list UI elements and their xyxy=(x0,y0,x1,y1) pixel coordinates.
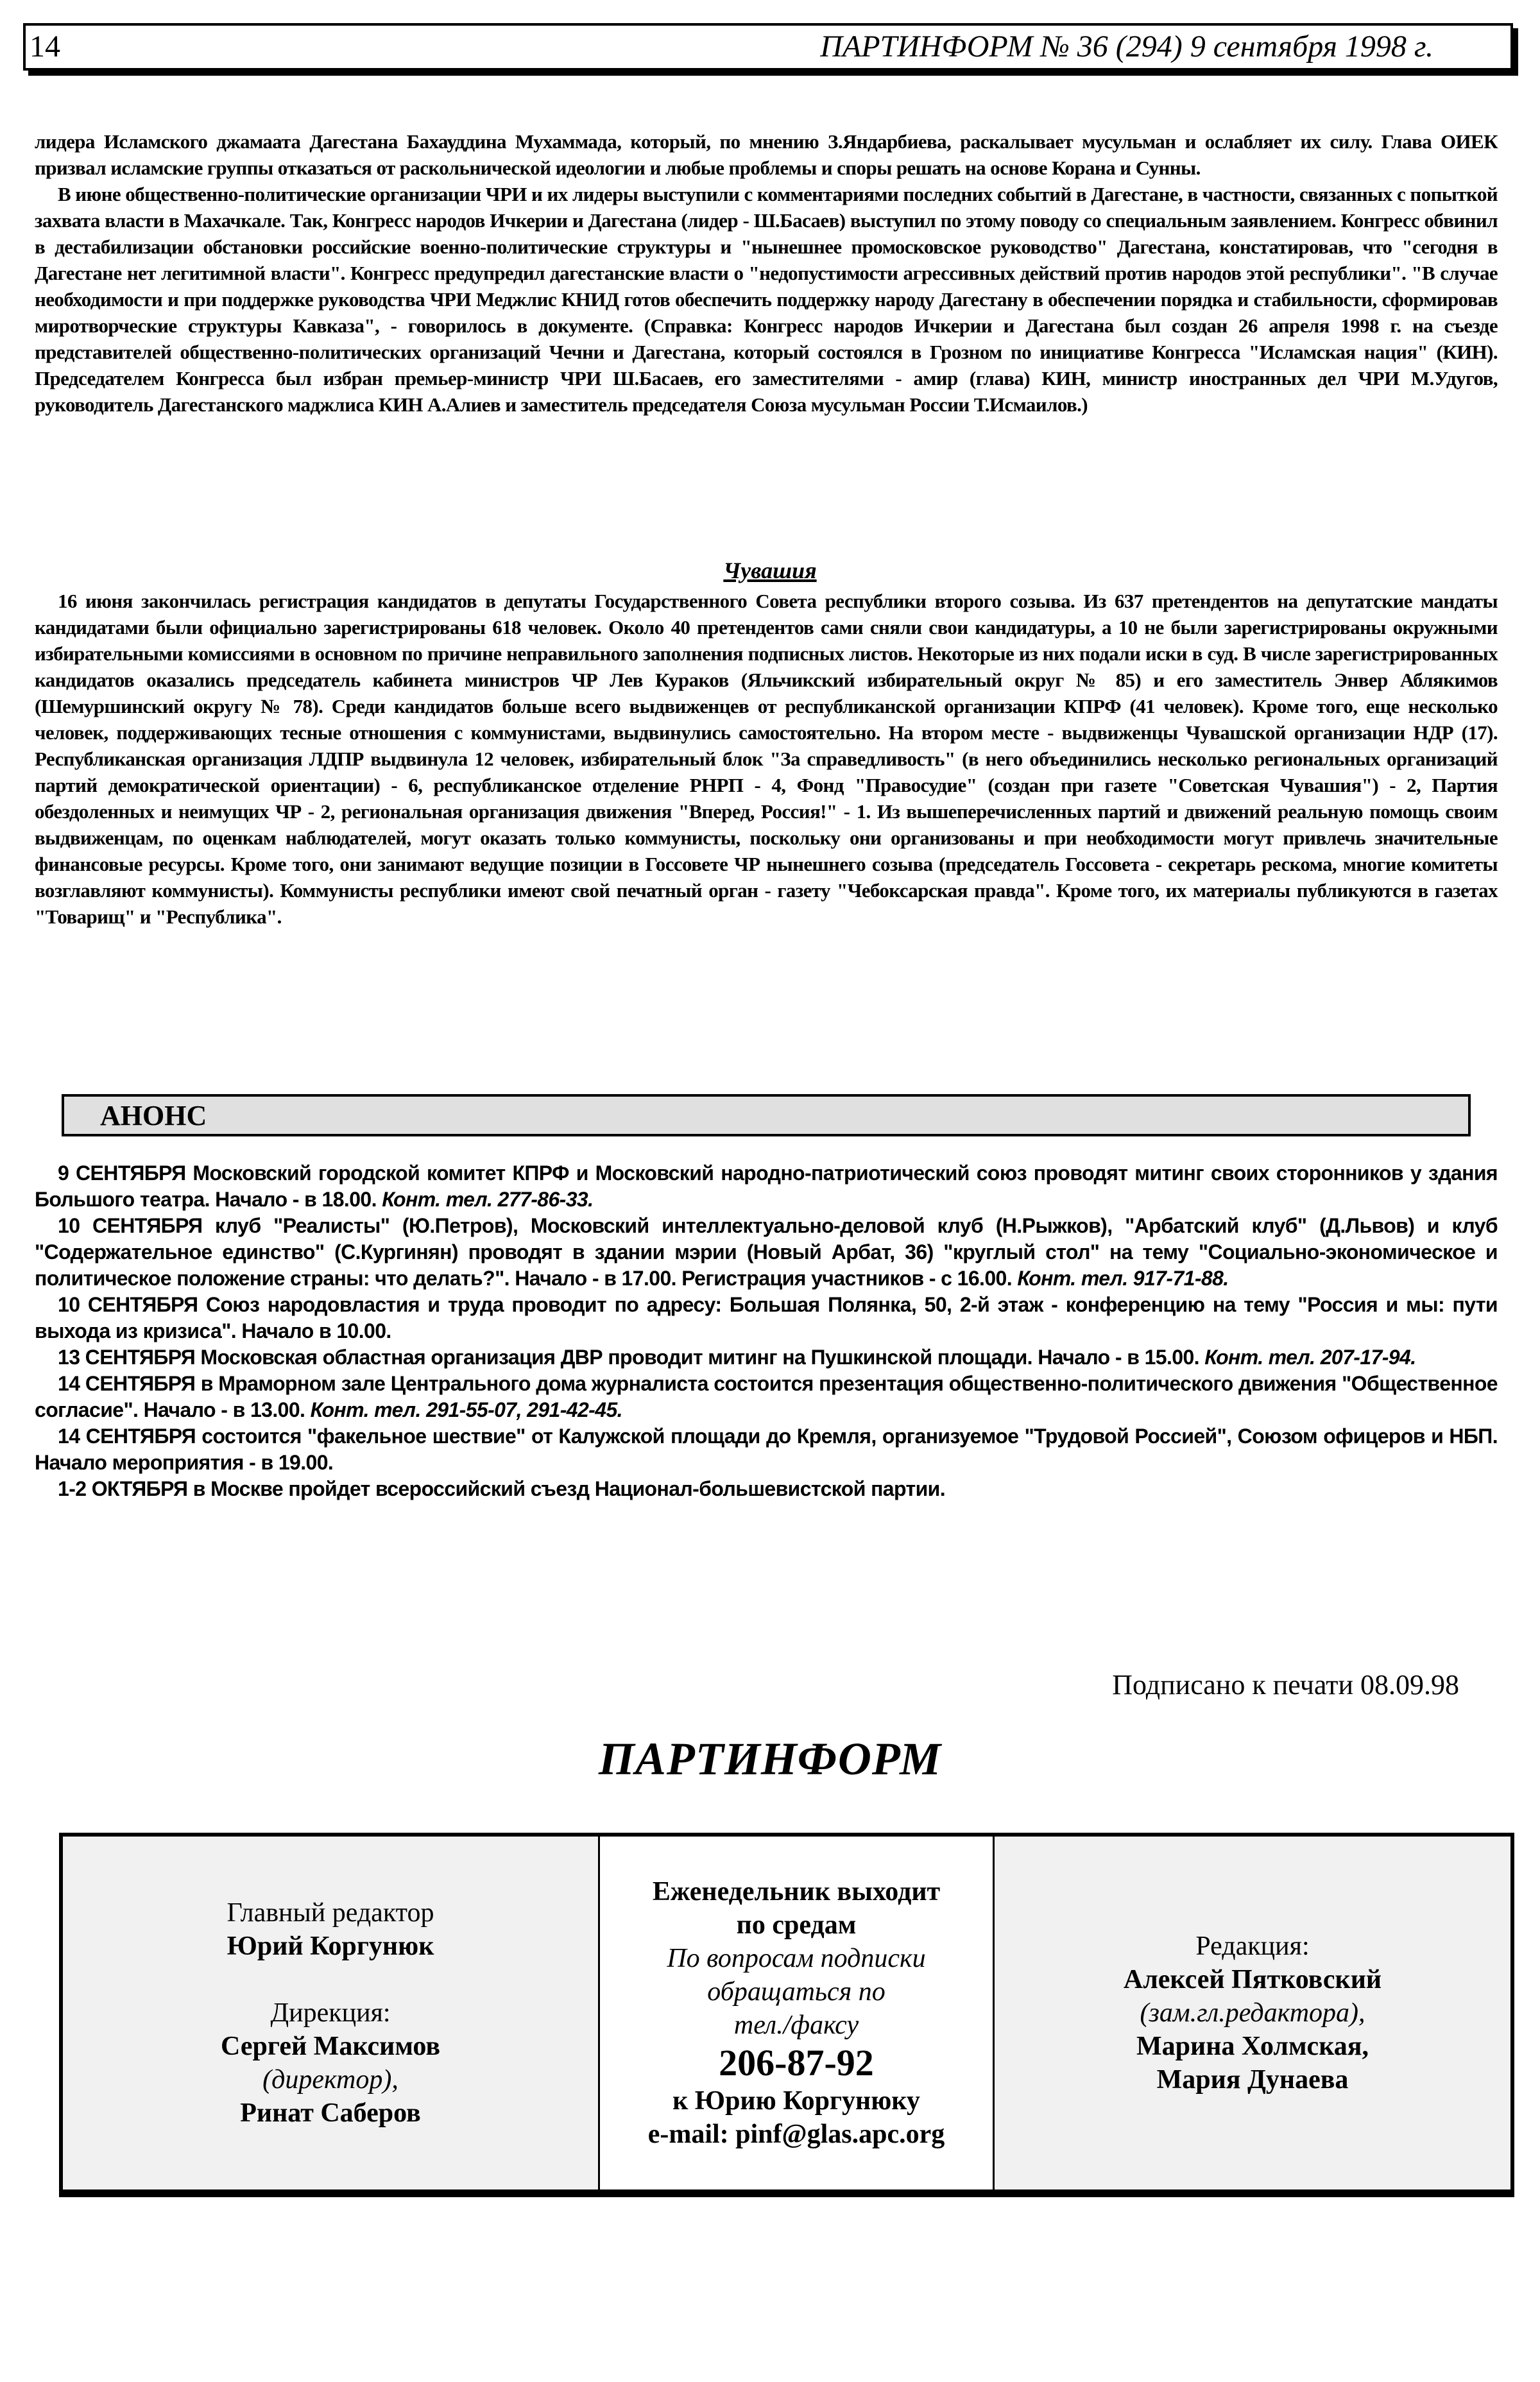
subscription-line: обращаться по xyxy=(707,1975,885,2009)
anons-item: 10 СЕНТЯБРЯ Союз народовластия и труда п… xyxy=(35,1292,1498,1344)
direction-label: Дирекция: xyxy=(270,1996,390,2030)
anons-text: в Мраморном зале Центрального дома журна… xyxy=(35,1372,1498,1421)
editorial-name: Алексей Пятковский xyxy=(1124,1963,1382,1996)
anons-banner: АНОНС xyxy=(62,1094,1471,1136)
anons-date: 14 СЕНТЯБРЯ xyxy=(58,1425,196,1448)
weekly-line: Еженедельник выходит xyxy=(653,1875,940,1908)
editorial-name: Мария Дунаева xyxy=(1157,2063,1349,2096)
email-link[interactable]: e-mail: pinf@glas.apc.org xyxy=(648,2118,945,2151)
anons-text: клуб "Реалисты" (Ю.Петров), Московский и… xyxy=(35,1214,1498,1290)
issue-title: ПАРТИНФОРМ № 36 (294) 9 сентября 1998 г. xyxy=(820,28,1433,65)
second-director-name: Ринат Саберов xyxy=(240,2096,421,2130)
imprint-editors: Главный редактор Юрий Коргунюк Дирекция:… xyxy=(63,1837,598,2189)
anons-date: 9 СЕНТЯБРЯ xyxy=(58,1161,186,1185)
subscription-line: тел./факсу xyxy=(734,2009,859,2042)
anons-text: в Москве пройдет всероссийский съезд Нац… xyxy=(187,1477,945,1500)
editor-name: Юрий Коргунюк xyxy=(227,1930,434,1963)
imprint-editorial: Редакция: Алексей Пятковский (зам.гл.ред… xyxy=(995,1837,1510,2189)
phone-number: 206-87-92 xyxy=(719,2042,874,2084)
anons-item: 14 СЕНТЯБРЯ состоится "факельное шествие… xyxy=(35,1423,1498,1476)
anons-date: 14 СЕНТЯБРЯ xyxy=(58,1372,195,1395)
editorial-label: Редакция: xyxy=(1195,1930,1309,1963)
article-paragraph: В июне общественно-политические организа… xyxy=(35,181,1498,418)
weekly-day: по средам xyxy=(737,1908,857,1942)
director-role: (директор), xyxy=(262,2063,398,2096)
anons-text: Московский городской комитет КПРФ и Моск… xyxy=(35,1161,1498,1211)
signed-to-print: Подписано к печати 08.09.98 xyxy=(1112,1668,1459,1701)
contact-person: к Юрию Коргунюку xyxy=(672,2084,920,2118)
page-number: 14 xyxy=(30,28,60,65)
editor-label: Главный редактор xyxy=(227,1896,434,1930)
anons-date: 1-2 ОКТЯБРЯ xyxy=(58,1477,187,1500)
editorial-name: Марина Холмская, xyxy=(1136,2030,1369,2063)
imprint-subscription: Еженедельник выходит по средам По вопрос… xyxy=(598,1837,995,2189)
anons-date: 13 СЕНТЯБРЯ xyxy=(58,1346,195,1369)
anons-list: 9 СЕНТЯБРЯ Московский городской комитет … xyxy=(35,1160,1498,1502)
editorial-role: (зам.гл.редактора), xyxy=(1140,1996,1365,2030)
article-paragraph: 16 июня закончилась регистрация кандидат… xyxy=(35,588,1498,930)
article-paragraph: лидера Исламского джамаата Дагестана Бах… xyxy=(35,128,1498,181)
anons-text: состоится "факельное шествие" от Калужск… xyxy=(35,1425,1498,1474)
masthead: ПАРТИНФОРМ xyxy=(0,1733,1540,1786)
page-header: 14 ПАРТИНФОРМ № 36 (294) 9 сентября 1998… xyxy=(23,23,1513,71)
anons-contact: Конт. тел. 917-71-88. xyxy=(1017,1267,1228,1290)
anons-item: 13 СЕНТЯБРЯ Московская областная организ… xyxy=(35,1344,1498,1371)
anons-date: 10 СЕНТЯБРЯ xyxy=(58,1214,202,1237)
imprint-box: Главный редактор Юрий Коргунюк Дирекция:… xyxy=(59,1833,1514,2193)
anons-text: Московская областная организация ДВР про… xyxy=(195,1346,1204,1369)
anons-contact: Конт. тел. 207-17-94. xyxy=(1204,1346,1416,1369)
chuvashia-article: 16 июня закончилась регистрация кандидат… xyxy=(35,588,1498,930)
anons-item: 1-2 ОКТЯБРЯ в Москве пройдет всероссийск… xyxy=(35,1476,1498,1502)
anons-item: 9 СЕНТЯБРЯ Московский городской комитет … xyxy=(35,1160,1498,1213)
anons-contact: Конт. тел. 277-86-33. xyxy=(382,1188,593,1211)
subscription-line: По вопросам подписки xyxy=(667,1942,925,1975)
anons-item: 14 СЕНТЯБРЯ в Мраморном зале Центральног… xyxy=(35,1371,1498,1423)
anons-title: АНОНС xyxy=(100,1101,207,1131)
anons-contact: Конт. тел. 291-55-07, 291-42-45. xyxy=(311,1398,622,1421)
dagestan-article: лидера Исламского джамаата Дагестана Бах… xyxy=(35,128,1498,418)
section-heading-chuvashia: Чувашия xyxy=(0,557,1540,584)
anons-text: Союз народовластия и труда проводит по а… xyxy=(35,1293,1498,1342)
director-name: Сергей Максимов xyxy=(221,2030,440,2063)
anons-item: 10 СЕНТЯБРЯ клуб "Реалисты" (Ю.Петров), … xyxy=(35,1213,1498,1292)
anons-date: 10 СЕНТЯБРЯ xyxy=(58,1293,198,1316)
